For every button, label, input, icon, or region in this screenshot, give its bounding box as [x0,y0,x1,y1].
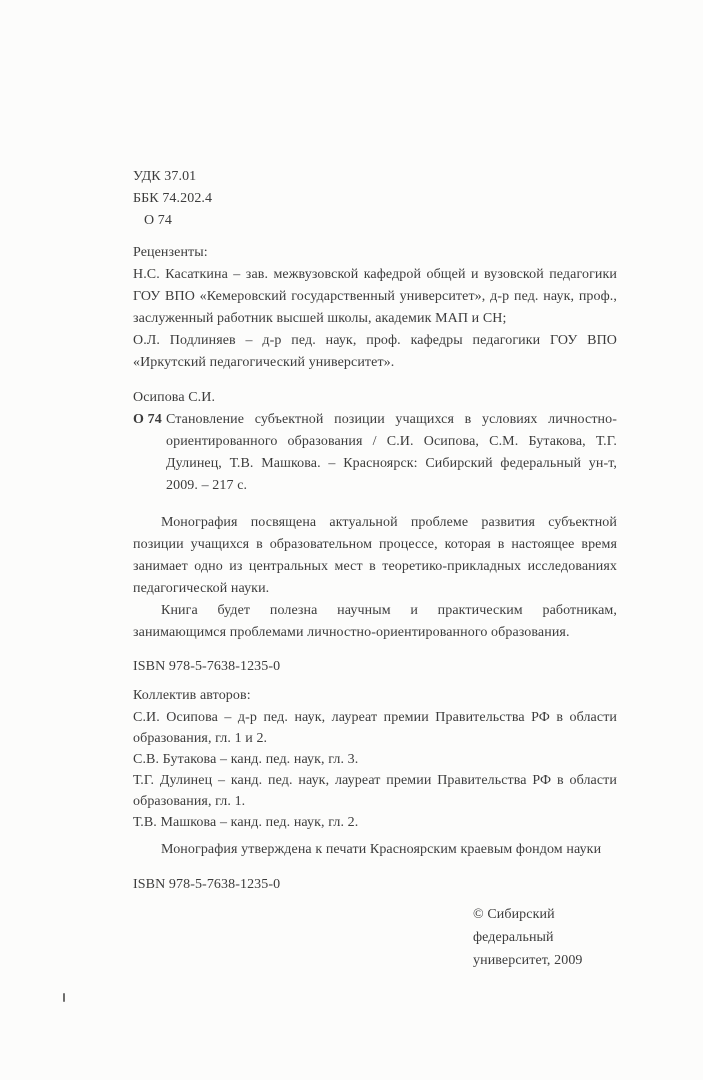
catalog-entry: О 74 Становление субъектной позиции учащ… [133,409,617,497]
author-credit: С.И. Осипова – д-р пед. наук, лауреат пр… [133,707,617,749]
authors-section: Коллектив авторов: С.И. Осипова – д-р пе… [133,685,617,833]
author-credit: Т.Г. Дулинец – канд. пед. наук, лауреат … [133,770,617,812]
copyright-line: университет, 2009 [473,949,617,972]
author-credit: Т.В. Машкова – канд. пед. наук, гл. 2. [133,812,617,833]
reviewers-heading: Рецензенты: [133,242,617,264]
annotation-section: Монография посвящена актуальной проблеме… [133,512,617,644]
reviewer-entry: Н.С. Касаткина – зав. межвузовской кафед… [133,264,617,330]
author-credit: С.В. Бутакова – канд. пед. наук, гл. 3. [133,749,617,770]
authors-heading: Коллектив авторов: [133,685,617,707]
copyright-line: © Сибирский [473,903,617,926]
catalog-author-line: Осипова С.И. [133,387,617,409]
annotation-paragraph: Книга будет полезна научным и практическ… [133,600,617,644]
reviewer-entry: О.Л. Подлиняев – д-р пед. наук, проф. ка… [133,330,617,374]
annotation-paragraph: Монография посвящена актуальной проблеме… [133,512,617,600]
approval-statement: Монография утверждена к печати Красноярс… [133,839,617,861]
copyright-notice: © Сибирский федеральный университет, 200… [473,903,617,972]
reviewers-section: Рецензенты: Н.С. Касаткина – зав. межвуз… [133,242,617,374]
isbn-line: ISBN 978-5-7638-1235-0 [133,874,617,896]
page-text-block: УДК 37.01 ББК 74.202.4 О 74 Рецензенты: … [133,166,617,972]
bbk-code: ББК 74.202.4 [133,188,617,210]
scanned-book-imprint-page: УДК 37.01 ББК 74.202.4 О 74 Рецензенты: … [0,0,703,1080]
scan-artifact [63,993,65,1002]
author-mark: О 74 [133,210,617,232]
catalog-entry-text: Становление субъектной позиции учащихся … [166,412,617,493]
copyright-line: федеральный [473,926,617,949]
udk-code: УДК 37.01 [133,166,617,188]
catalog-card-section: Осипова С.И. О 74 Становление субъектной… [133,387,617,497]
classification-codes: УДК 37.01 ББК 74.202.4 О 74 [133,166,617,232]
catalog-mark: О 74 [133,409,162,431]
isbn-line: ISBN 978-5-7638-1235-0 [133,656,617,678]
